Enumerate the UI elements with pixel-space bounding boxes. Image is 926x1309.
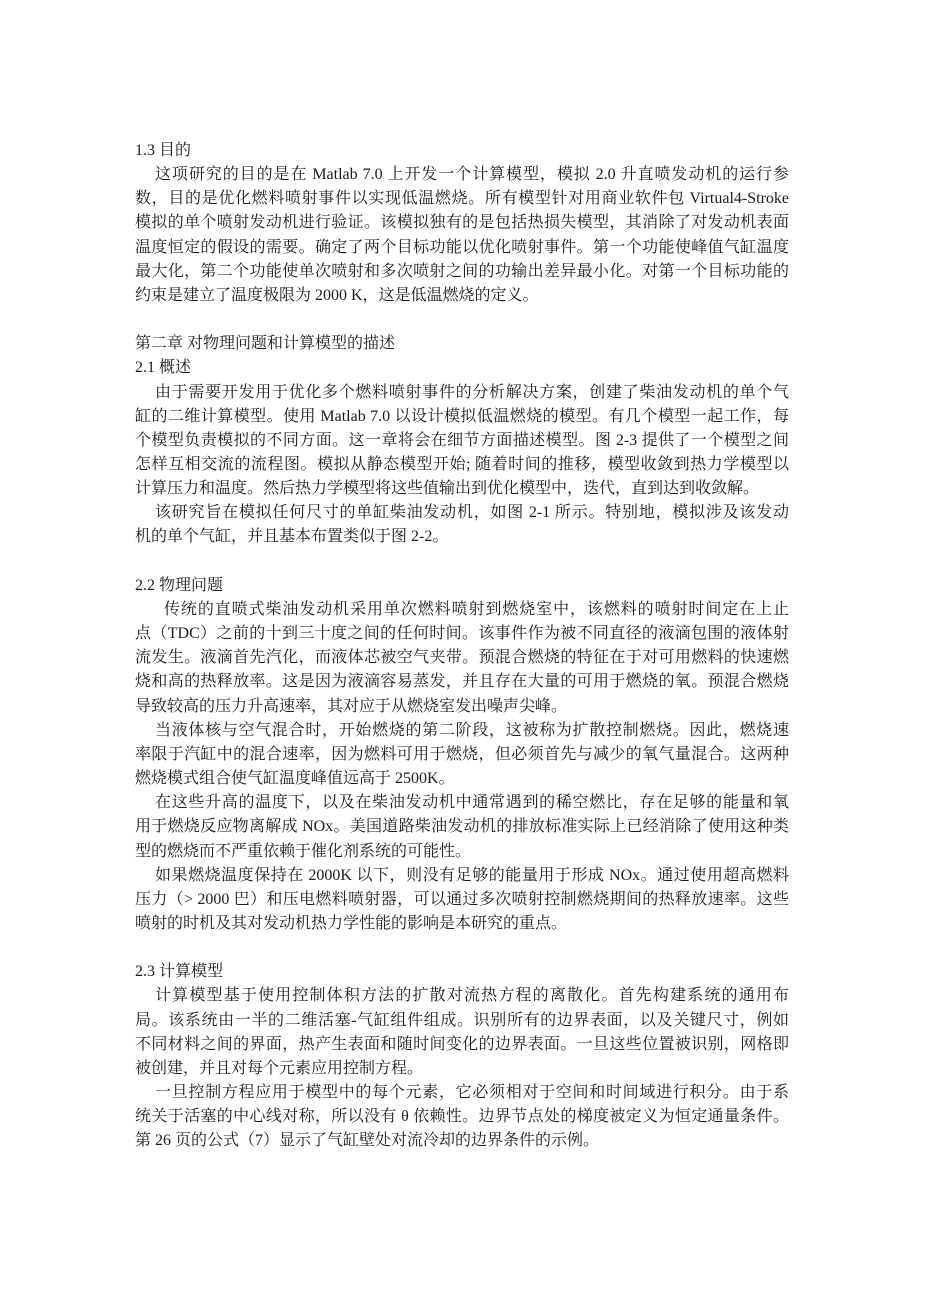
text-line: 最大化，第二个功能使单次喷射和多次喷射之间的功输出差异最小化。对第一个目标功能的 — [135, 260, 789, 284]
text-line: 该研究旨在模拟任何尺寸的单缸柴油发动机，如图 2-1 所示。特别地，模拟涉及该发… — [135, 501, 789, 525]
heading-chapter-2: 第二章 对物理问题和计算模型的描述 — [135, 332, 789, 356]
section-1-3-purpose: 1.3 目的 这项研究的目的是在 Matlab 7.0 上开发一个计算模型，模拟… — [135, 139, 789, 308]
text-line: 计算模型基于使用控制体积方法的扩散对流热方程的离散化。首先构建系统的通用布 — [135, 984, 789, 1008]
text-line: 局。该系统由一半的二维活塞-气缸组件组成。识别所有的边界表面，以及关键尺寸，例如 — [135, 1009, 789, 1033]
text-line: 当液体核与空气混合时，开始燃烧的第二阶段，这被称为扩散控制燃烧。因此，燃烧速 — [135, 719, 789, 743]
text-line: 率限于汽缸中的混合速率，因为燃料可用于燃烧，但必须首先与减少的氧气量混合。这两种 — [135, 743, 789, 767]
paragraph: 当液体核与空气混合时，开始燃烧的第二阶段，这被称为扩散控制燃烧。因此，燃烧速 率… — [135, 719, 789, 791]
text-line: 如果燃烧温度保持在 2000K 以下，则没有足够的能量用于形成 NOx。通过使用… — [135, 864, 789, 888]
text-line: 数，目的是优化燃料喷射事件以实现低温燃烧。所有模型针对用商业软件包 Virtua… — [135, 187, 789, 211]
text-line: 被创建，并且对每个元素应用控制方程。 — [135, 1057, 789, 1081]
text-line: 怎样互相交流的流程图。模拟从静态模型开始; 随着时间的推移，模型收敛到热力学模型… — [135, 453, 789, 477]
text-line: 这项研究的目的是在 Matlab 7.0 上开发一个计算模型，模拟 2.0 升直… — [135, 163, 789, 187]
text-line: 机的单个气缸，并且基本布置类似于图 2-2。 — [135, 525, 789, 549]
text-line: 传统的直喷式柴油发动机采用单次燃料喷射到燃烧室中，该燃料的喷射时间定在上止 — [135, 598, 789, 622]
heading-2-2: 2.2 物理问题 — [135, 574, 789, 598]
text-line: 个模型负责模拟的不同方面。这一章将会在细节方面描述模型。图 2-3 提供了一个模… — [135, 429, 789, 453]
text-line: 点（TDC）之前的十到三十度之间的任何时间。该事件作为被不同直径的液滴包围的液体… — [135, 622, 789, 646]
paragraph: 在这些升高的温度下，以及在柴油发动机中通常遇到的稀空燃比，存在足够的能量和氧 用… — [135, 791, 789, 863]
text-line: 统关于活塞的中心线对称，所以没有 θ 依赖性。边界节点处的梯度被定义为恒定通量条… — [135, 1105, 789, 1129]
text-line: 喷射的时机及其对发动机热力学性能的影响是本研究的重点。 — [135, 912, 789, 936]
section-2-2-physical-problem: 2.2 物理问题 传统的直喷式柴油发动机采用单次燃料喷射到燃烧室中，该燃料的喷射… — [135, 574, 789, 936]
text-line: 约束是建立了温度极限为 2000 K，这是低温燃烧的定义。 — [135, 284, 789, 308]
text-line: 在这些升高的温度下，以及在柴油发动机中通常遇到的稀空燃比，存在足够的能量和氧 — [135, 791, 789, 815]
text-line: 缸的二维计算模型。使用 Matlab 7.0 以设计模拟低温燃烧的模型。有几个模… — [135, 405, 789, 429]
text-line: 由于需要开发用于优化多个燃料喷射事件的分析解决方案，创建了柴油发动机的单个气 — [135, 381, 789, 405]
text-line: 导致较高的压力升高速率，其对应于从燃烧室发出噪声尖峰。 — [135, 695, 789, 719]
page-text-content: 1.3 目的 这项研究的目的是在 Matlab 7.0 上开发一个计算模型，模拟… — [135, 139, 789, 1154]
text-line: 燃烧模式组合使气缸温度峰值远高于 2500K。 — [135, 767, 789, 791]
paragraph: 由于需要开发用于优化多个燃料喷射事件的分析解决方案，创建了柴油发动机的单个气 缸… — [135, 381, 789, 502]
paragraph: 一旦控制方程应用于模型中的每个元素，它必须相对于空间和时间域进行积分。由于系 统… — [135, 1081, 789, 1153]
text-line: 压力（> 2000 巴）和压电燃料喷射器，可以通过多次喷射控制燃烧期间的热释放速… — [135, 888, 789, 912]
paragraph: 传统的直喷式柴油发动机采用单次燃料喷射到燃烧室中，该燃料的喷射时间定在上止 点（… — [135, 598, 789, 719]
text-line: 流发生。液滴首先汽化，而液体芯被空气夹带。预混合燃烧的特征在于对可用燃料的快速燃 — [135, 646, 789, 670]
paragraph: 计算模型基于使用控制体积方法的扩散对流热方程的离散化。首先构建系统的通用布 局。… — [135, 984, 789, 1081]
heading-2-1: 2.1 概述 — [135, 356, 789, 380]
text-line: 型的燃烧而不严重依赖于催化剂系统的可能性。 — [135, 840, 789, 864]
text-line: 计算压力和温度。然后热力学模型将这些值输出到优化模型中，迭代，直到达到收敛解。 — [135, 477, 789, 501]
text-line: 温度恒定的假设的需要。确定了两个目标功能以优化喷射事件。第一个功能使峰值气缸温度 — [135, 236, 789, 260]
heading-1-3: 1.3 目的 — [135, 139, 789, 163]
text-line: 用于燃烧反应物离解成 NOx。美国道路柴油发动机的排放标准实际上已经消除了使用这… — [135, 815, 789, 839]
section-chapter-2-overview: 第二章 对物理问题和计算模型的描述 2.1 概述 由于需要开发用于优化多个燃料喷… — [135, 332, 789, 549]
text-line: 不同材料之间的界面，热产生表面和随时间变化的边界表面。一旦这些位置被识别，网格即 — [135, 1033, 789, 1057]
text-line: 模拟的单个喷射发动机进行验证。该模拟独有的是包括热损失模型，其消除了对发动机表面 — [135, 211, 789, 235]
heading-2-3: 2.3 计算模型 — [135, 960, 789, 984]
paragraph: 该研究旨在模拟任何尺寸的单缸柴油发动机，如图 2-1 所示。特别地，模拟涉及该发… — [135, 501, 789, 549]
text-line: 一旦控制方程应用于模型中的每个元素，它必须相对于空间和时间域进行积分。由于系 — [135, 1081, 789, 1105]
paragraph: 如果燃烧温度保持在 2000K 以下，则没有足够的能量用于形成 NOx。通过使用… — [135, 864, 789, 936]
section-2-3-computational-model: 2.3 计算模型 计算模型基于使用控制体积方法的扩散对流热方程的离散化。首先构建… — [135, 960, 789, 1153]
text-line: 第 26 页的公式（7）显示了气缸壁处对流冷却的边界条件的示例。 — [135, 1129, 789, 1153]
text-line: 烧和高的热释放率。这是因为液滴容易蒸发，并且存在大量的可用于燃烧的氧。预混合燃烧 — [135, 670, 789, 694]
document-page: 1.3 目的 这项研究的目的是在 Matlab 7.0 上开发一个计算模型，模拟… — [0, 0, 926, 1309]
paragraph: 这项研究的目的是在 Matlab 7.0 上开发一个计算模型，模拟 2.0 升直… — [135, 163, 789, 308]
